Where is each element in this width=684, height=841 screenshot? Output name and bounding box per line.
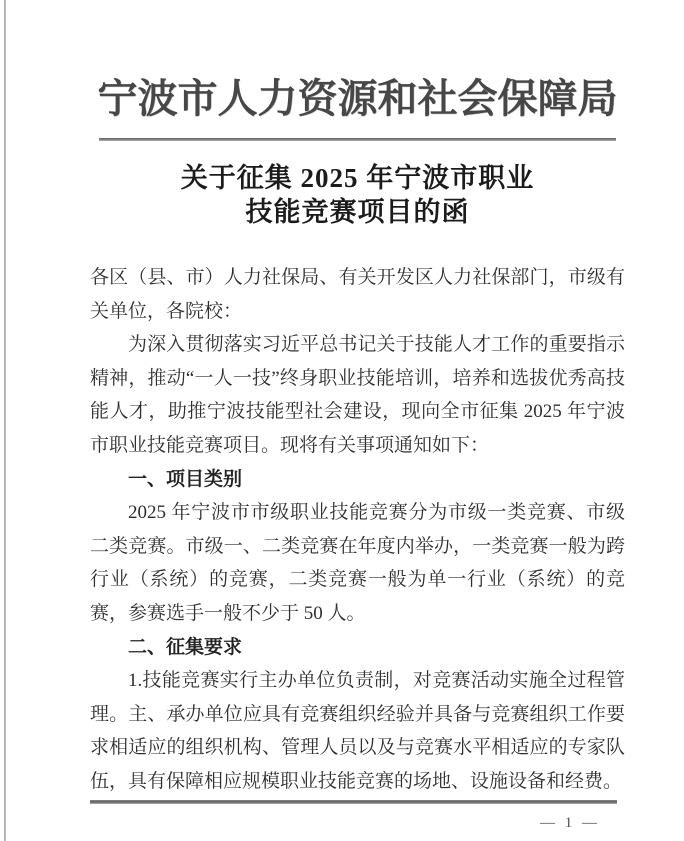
document-title-line1: 关于征集 2025 年宁波市职业 [181, 163, 535, 193]
section-heading-collection-requirements: 二、征集要求 [90, 631, 625, 665]
document-body: 各区（县、市）人力社保局、有关开发区人力社保部门，市级有关单位，各院校： 为深入… [90, 261, 625, 799]
masthead-divider [99, 138, 616, 141]
document-content: 宁波市人力资源和社会保障局 关于征集 2025 年宁波市职业技能竞赛项目的函 各… [90, 76, 625, 799]
section-heading-project-categories: 一、项目类别 [90, 463, 625, 497]
footer-divider [90, 800, 617, 804]
body-paragraph-project-categories: 2025 年宁波市市级职业技能竞赛分为市级一类竞赛、市级二类竞赛。市级一、二类竞… [90, 496, 625, 630]
issuing-org-masthead: 宁波市人力资源和社会保障局 [90, 76, 625, 122]
document-title-line2: 技能竞赛项目的函 [246, 197, 470, 227]
document-page: 宁波市人力资源和社会保障局 关于征集 2025 年宁波市职业技能竞赛项目的函 各… [0, 0, 684, 841]
body-paragraph-collection-requirements: 1.技能竞赛实行主办单位负责制，对竞赛活动实施全过程管理。主、承办单位应具有竞赛… [90, 664, 625, 798]
body-paragraph-intro: 为深入贯彻落实习近平总书记关于技能人才工作的重要指示精神，推动“一人一技”终身职… [90, 328, 625, 462]
document-title: 关于征集 2025 年宁波市职业技能竞赛项目的函 [90, 161, 625, 229]
salutation-line: 各区（县、市）人力社保局、有关开发区人力社保部门，市级有关单位，各院校： [90, 261, 625, 328]
page-number: — 1 — [540, 813, 600, 833]
scan-edge-line [4, 0, 6, 841]
